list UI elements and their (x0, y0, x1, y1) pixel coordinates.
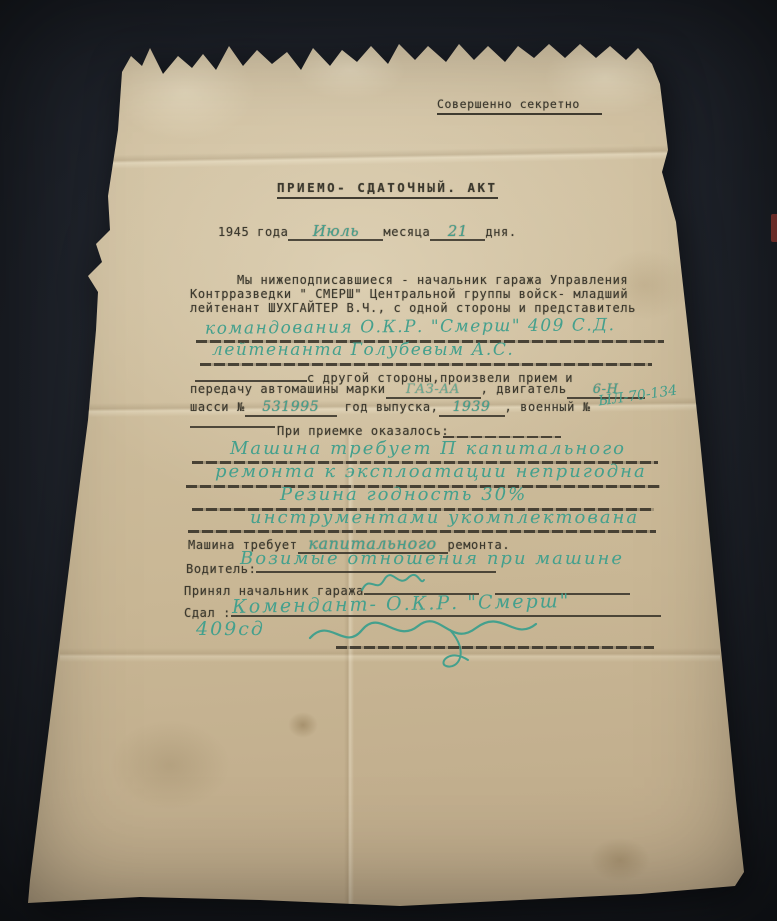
finding-line-3: Резина годность 30% (280, 484, 527, 505)
vehicle-mid: , двигатель (481, 382, 567, 396)
chassis-year-handwritten: 1939 (453, 399, 491, 415)
findings-label: При приемке оказалось: (277, 424, 449, 438)
photo-backdrop: Совершенно секретно ПРИЕМО- СДАТОЧНЫЙ. А… (0, 0, 777, 921)
page-title: ПРИЕМО- СДАТОЧНЫЙ. АКТ (277, 180, 498, 195)
driver-value-handwritten: Возимые отношения при машине (240, 548, 624, 569)
vehicle-pre: передачу автомашины марки (190, 382, 386, 396)
date-day-handwritten: 21 (448, 222, 468, 240)
date-day-label: дня. (485, 225, 516, 239)
fold-crease (90, 145, 690, 169)
preamble-line-2: Контрразведки " СМЕРШ" Центральной групп… (190, 287, 628, 301)
classification-text: Совершенно секретно (437, 97, 602, 115)
finding-line-2: ремонта к эксплоатации непригодна (215, 461, 647, 482)
finding-line-4: инструментами укомплектована (250, 507, 639, 528)
preamble-line-1: Мы нижеподписавшиеся - начальник гаража … (237, 273, 628, 287)
date-month-label: месяца (383, 225, 430, 239)
torn-edge-highlight (115, 45, 255, 140)
date-prefix: 1945 года (218, 225, 288, 239)
torn-edge-highlight (295, 40, 405, 100)
leftover-line: . (190, 413, 283, 431)
ruled-line (200, 363, 652, 366)
ruled-line (188, 530, 656, 533)
date-month-handwritten: Июль (313, 222, 359, 240)
party-handwritten-1: командования О.К.Р. "Смерш" 409 С.Д. (205, 315, 616, 339)
stain (288, 712, 318, 738)
stain (590, 838, 650, 882)
page-title-text: ПРИЕМО- СДАТОЧНЫЙ. АКТ (277, 180, 498, 199)
chassis-pre: шасси № (190, 400, 245, 414)
date-line: 1945 годаИюльмесяца21дня. (218, 225, 517, 241)
unit-handwritten: 409сд (196, 618, 265, 640)
chassis-mid: год выпуска, (345, 400, 439, 414)
handing-signature-mark (300, 608, 580, 678)
preamble-line-3: лейтенант ШУХГАЙТЕР В.Ч., с одной сторон… (190, 301, 636, 315)
ruled-line (336, 646, 654, 649)
document-paper: Совершенно секретно ПРИЕМО- СДАТОЧНЫЙ. А… (0, 0, 777, 921)
vehicle-line: передачу автомашины маркиГАЗ-АА, двигате… (190, 382, 645, 399)
classification-stamp: Совершенно секретно (437, 97, 602, 111)
party-handwritten-2: лейтенанта Голубевым А.С. (212, 340, 514, 360)
chassis-mid2: , военный № (505, 400, 591, 414)
stain (110, 720, 230, 810)
paper-shadow-wrap: Совершенно секретно ПРИЕМО- СДАТОЧНЫЙ. А… (0, 0, 777, 921)
finding-line-1: Машина требует П капитального (230, 438, 626, 459)
vehicle-make-handwritten: ГАЗ-АА (406, 382, 460, 397)
